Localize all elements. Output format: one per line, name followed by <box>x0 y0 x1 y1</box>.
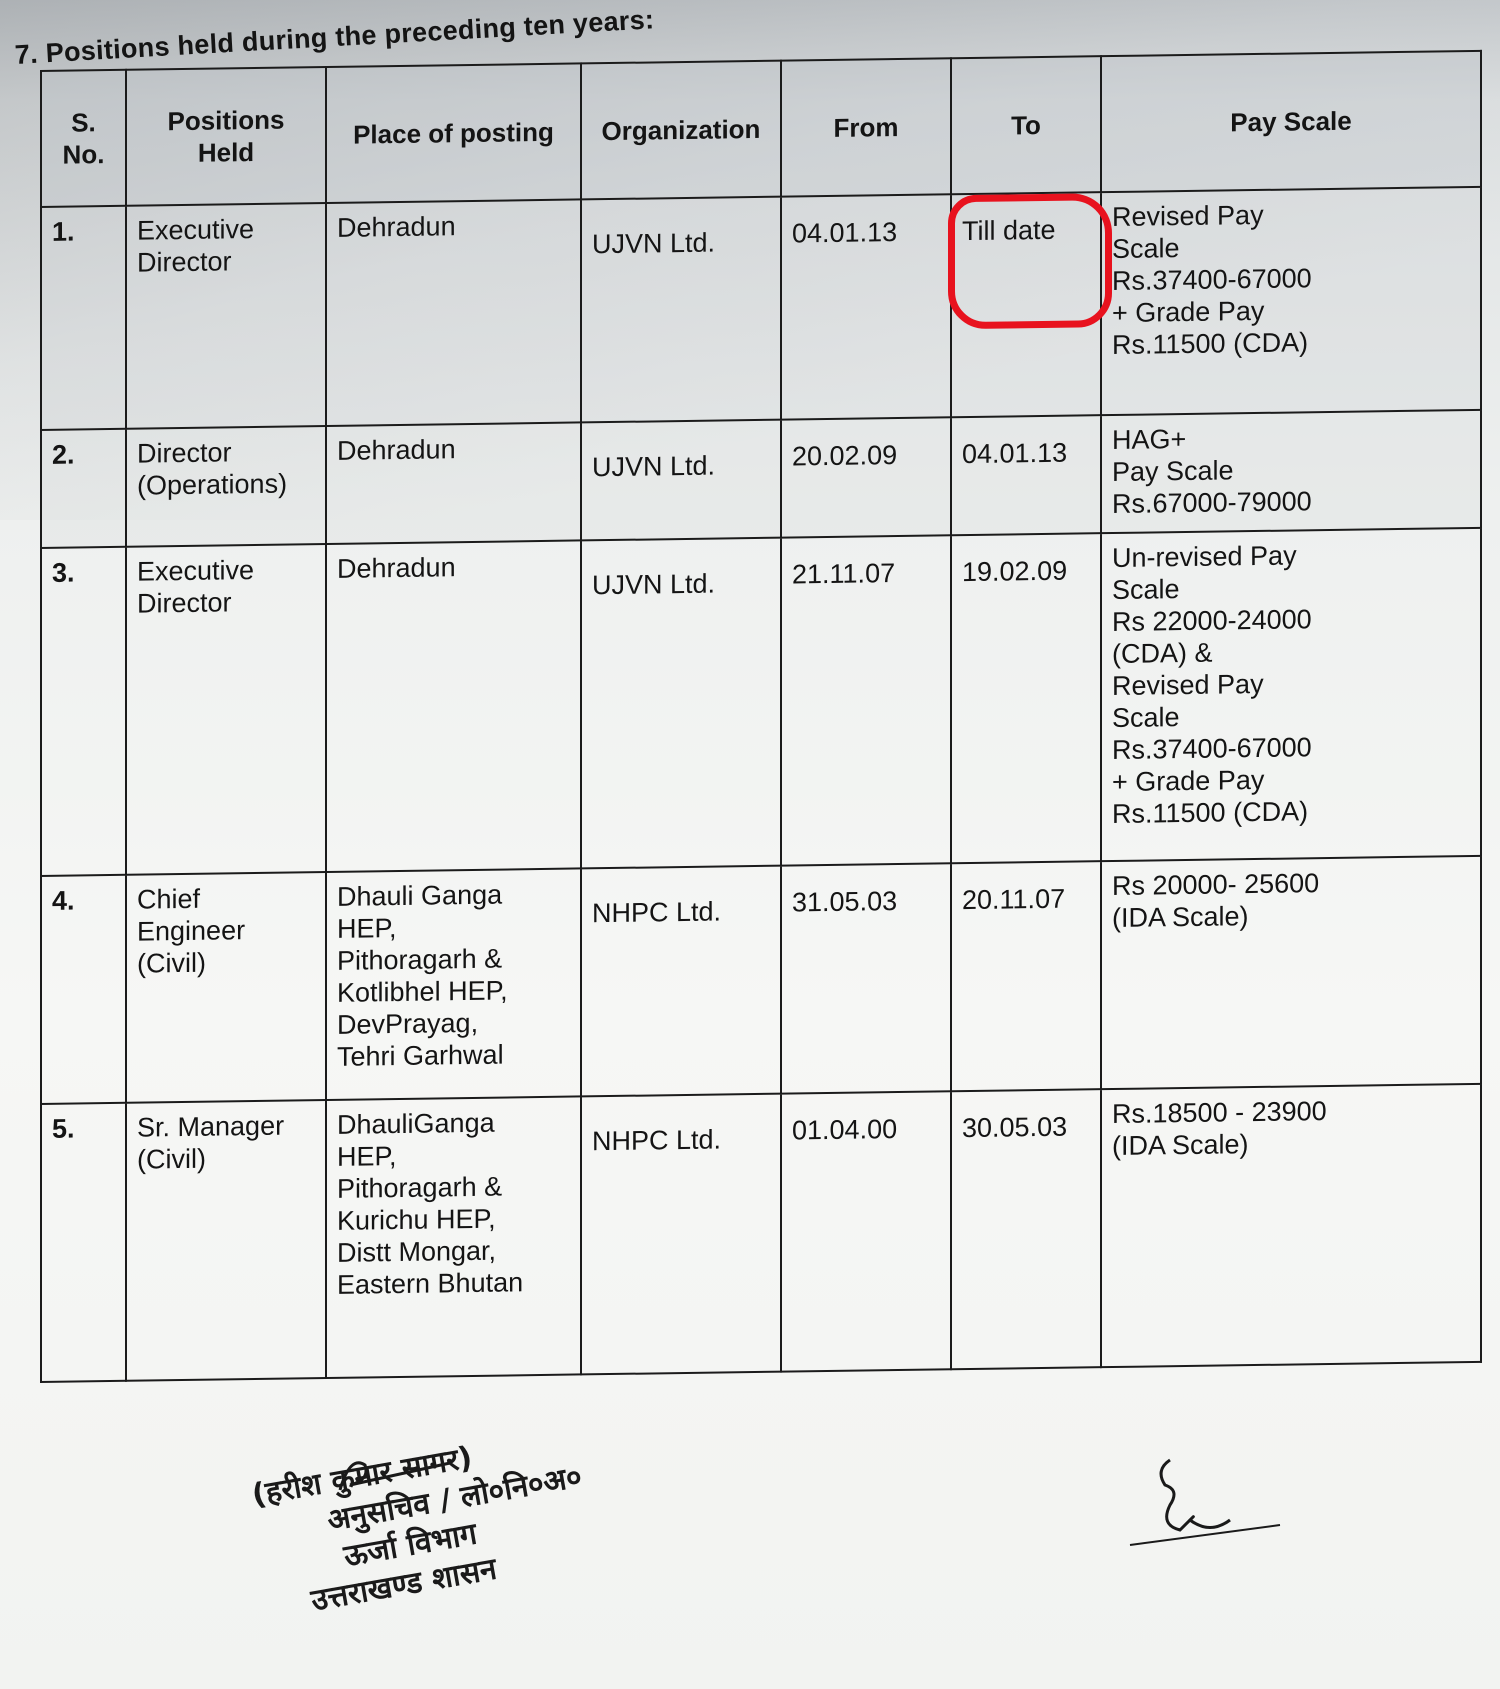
cell-line: Executive <box>137 212 315 246</box>
cell-line: (IDA Scale) <box>1112 897 1470 934</box>
cell-line: Chief <box>137 881 315 915</box>
cell-line: Pithoragarh & <box>337 1170 570 1205</box>
cell-sno: 5. <box>41 1103 126 1382</box>
cell-line: Rs 20000- 25600 <box>1112 865 1470 902</box>
cell-from: 31.05.03 <box>781 863 951 1093</box>
cell-line: Director <box>137 585 315 619</box>
cell-line: Tehri Garhwal <box>337 1038 570 1073</box>
col-organization: Organization <box>581 61 781 200</box>
cell-line: Director <box>137 435 315 469</box>
cell-sno: 4. <box>41 875 126 1104</box>
cell-organization: NHPC Ltd. <box>581 866 781 1097</box>
cell-place: Dehradun <box>326 540 581 872</box>
cell-position: Sr. Manager(Civil) <box>126 1100 326 1381</box>
cell-line: Pithoragarh & <box>337 942 570 977</box>
table-row: 3.ExecutiveDirectorDehradunUJVN Ltd.21.1… <box>41 528 1481 876</box>
cell-line: Revised Pay <box>1112 196 1470 233</box>
cell-organization: NHPC Ltd. <box>581 1094 781 1375</box>
cell-line: (Operations) <box>137 467 315 501</box>
cell-line: DevPrayag, <box>337 1006 570 1041</box>
cell-line: Rs.11500 (CDA) <box>1112 793 1470 830</box>
cell-organization: UJVN Ltd. <box>581 538 781 869</box>
cell-line: Rs.11500 (CDA) <box>1112 324 1470 361</box>
cell-place: Dehradun <box>326 199 581 426</box>
cell-organization: UJVN Ltd. <box>581 197 781 423</box>
cell-to: 19.02.09 <box>951 533 1101 863</box>
cell-sno: 3. <box>41 547 126 876</box>
cell-pay-scale: Rs 20000- 25600(IDA Scale) <box>1101 856 1481 1089</box>
cell-line: Sr. Manager <box>137 1109 315 1143</box>
positions-table-container: S. No. Positions Held Place of posting O… <box>40 50 1490 1390</box>
table-row: 1.ExecutiveDirectorDehradunUJVN Ltd.04.0… <box>41 187 1481 430</box>
cell-line: Dehradun <box>337 432 570 467</box>
cell-line: Rs.18500 - 23900 <box>1112 1093 1470 1130</box>
cell-from: 20.02.09 <box>781 417 951 537</box>
cell-place: Dhauli GangaHEP,Pithoragarh &Kotlibhel H… <box>326 868 581 1100</box>
signature-scribble-icon <box>330 1455 460 1495</box>
cell-line: Rs.67000-79000 <box>1112 483 1470 520</box>
cell-line: Rs.37400-67000 <box>1112 260 1470 297</box>
cell-from: 01.04.00 <box>781 1091 951 1371</box>
col-to: To <box>951 56 1101 194</box>
cell-sno: 1. <box>41 206 126 430</box>
cell-pay-scale: Rs.18500 - 23900(IDA Scale) <box>1101 1084 1481 1367</box>
signature-right-icon <box>1120 1450 1300 1560</box>
table-row: 4.ChiefEngineer(Civil)Dhauli GangaHEP,Pi… <box>41 856 1481 1104</box>
cell-line: Dehradun <box>337 550 570 585</box>
to-value: Till date <box>962 215 1056 246</box>
cell-position: ExecutiveDirector <box>126 544 326 875</box>
cell-to: 04.01.13 <box>951 415 1101 535</box>
cell-line: Scale <box>1112 228 1470 265</box>
section-heading: 7. Positions held during the preceding t… <box>14 4 655 71</box>
cell-line: Director <box>137 244 315 278</box>
cell-line: + Grade Pay <box>1112 761 1470 798</box>
cell-line: (IDA Scale) <box>1112 1125 1470 1162</box>
cell-organization: UJVN Ltd. <box>581 420 781 541</box>
col-sno: S. No. <box>41 70 126 207</box>
cell-line: Dhauli Ganga <box>337 878 570 913</box>
cell-line: Kotlibhel HEP, <box>337 974 570 1009</box>
cell-line: Distt Mongar, <box>337 1234 570 1269</box>
cell-line: Rs.37400-67000 <box>1112 729 1470 766</box>
cell-line: HEP, <box>337 1138 570 1173</box>
cell-pay-scale: Revised PayScaleRs.37400-67000+ Grade Pa… <box>1101 187 1481 415</box>
cell-line: Rs 22000-24000 <box>1112 601 1470 638</box>
cell-position: Director(Operations) <box>126 426 326 547</box>
table-row: 5.Sr. Manager(Civil)DhauliGangaHEP,Pitho… <box>41 1084 1481 1382</box>
col-place: Place of posting <box>326 63 581 203</box>
cell-position: ChiefEngineer(Civil) <box>126 872 326 1103</box>
cell-to: 30.05.03 <box>951 1089 1101 1369</box>
cell-sno: 2. <box>41 429 126 548</box>
cell-line: Engineer <box>137 913 315 947</box>
cell-line: Dehradun <box>337 209 570 244</box>
cell-from: 21.11.07 <box>781 535 951 865</box>
cell-line: Scale <box>1112 697 1470 734</box>
positions-table: S. No. Positions Held Place of posting O… <box>40 50 1482 1383</box>
cell-line: Revised Pay <box>1112 665 1470 702</box>
cell-pay-scale: Un-revised PayScaleRs 22000-24000(CDA) &… <box>1101 528 1481 861</box>
cell-line: + Grade Pay <box>1112 292 1470 329</box>
cell-line: (Civil) <box>137 945 315 979</box>
cell-line: (Civil) <box>137 1141 315 1175</box>
cell-line: Executive <box>137 553 315 587</box>
cell-line: Eastern Bhutan <box>337 1266 570 1301</box>
cell-line: HAG+ <box>1112 419 1470 456</box>
cell-place: Dehradun <box>326 422 581 544</box>
cell-to: 20.11.07 <box>951 861 1101 1091</box>
cell-position: ExecutiveDirector <box>126 203 326 429</box>
table-header-row: S. No. Positions Held Place of posting O… <box>41 51 1481 207</box>
cell-line: Kurichu HEP, <box>337 1202 570 1237</box>
cell-to: Till date <box>951 192 1101 417</box>
table-row: 2.Director(Operations)DehradunUJVN Ltd.2… <box>41 410 1481 548</box>
red-circle-annotation-icon <box>948 193 1112 329</box>
cell-line: DhauliGanga <box>337 1106 570 1141</box>
cell-line: Pay Scale <box>1112 451 1470 488</box>
col-position: Positions Held <box>126 67 326 206</box>
cell-line: Un-revised Pay <box>1112 537 1470 574</box>
col-from: From <box>781 58 951 196</box>
cell-line: HEP, <box>337 910 570 945</box>
cell-pay-scale: HAG+Pay ScaleRs.67000-79000 <box>1101 410 1481 533</box>
cell-place: DhauliGangaHEP,Pithoragarh &Kurichu HEP,… <box>326 1096 581 1378</box>
highlighted-till-date: Till date <box>962 213 1090 247</box>
signature-block-left: (हरीश कुमार सागर) अनुसचिव / लो०नि०अ० ऊर्… <box>229 1421 598 1631</box>
cell-line: (CDA) & <box>1112 633 1470 670</box>
col-pay-scale: Pay Scale <box>1101 51 1481 192</box>
cell-line: Scale <box>1112 569 1470 606</box>
cell-from: 04.01.13 <box>781 194 951 419</box>
